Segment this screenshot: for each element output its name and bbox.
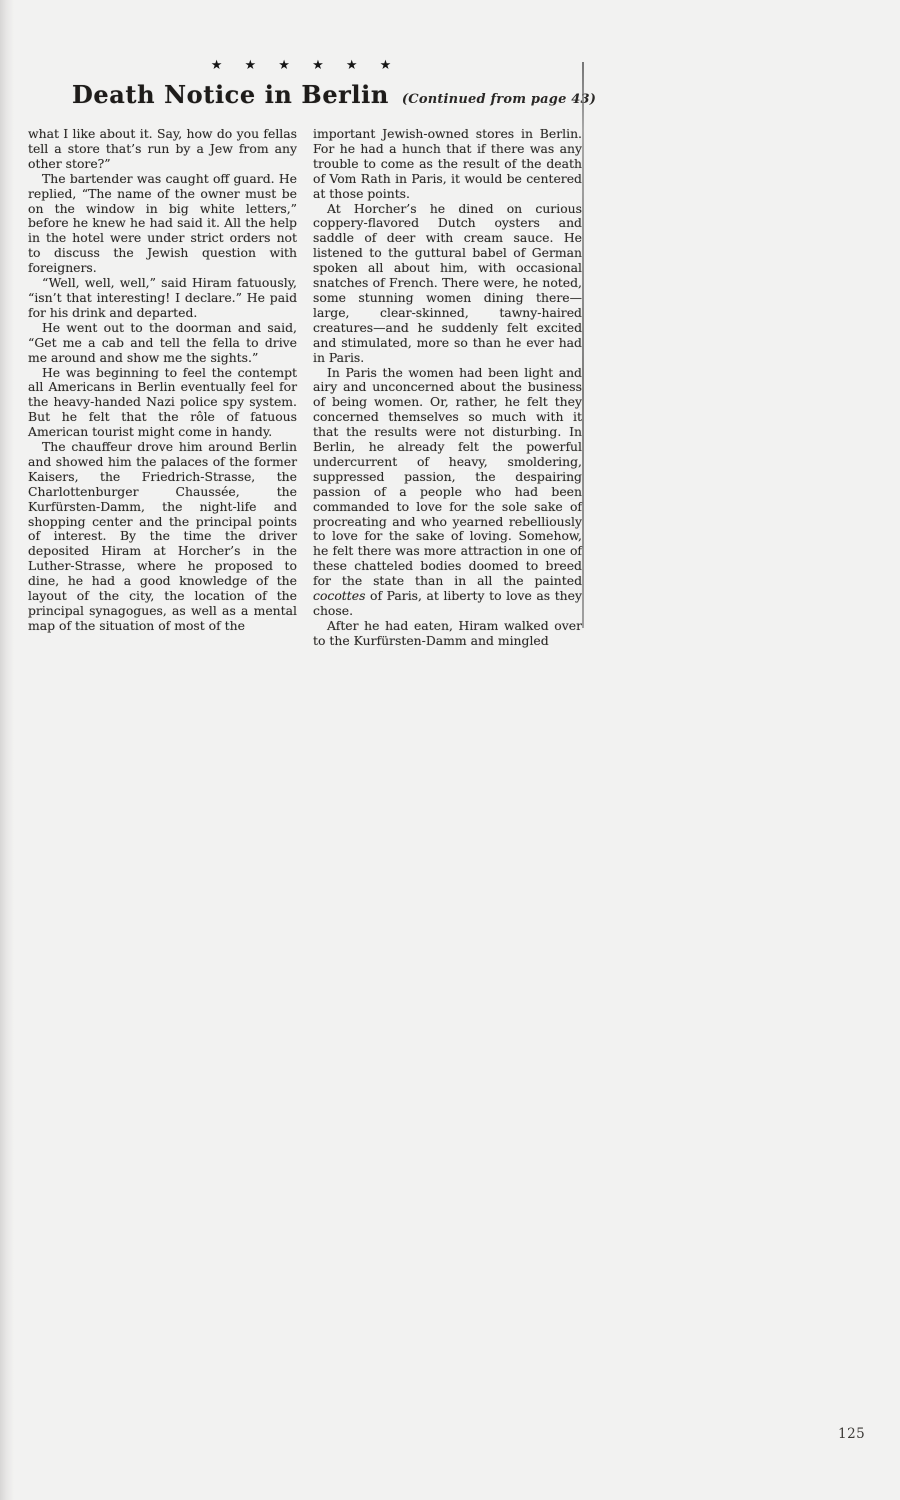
paragraph: He went out to the doorman and said, “Ge… <box>28 321 297 366</box>
paragraph: The chauffeur drove him around Berlin an… <box>28 440 297 634</box>
paragraph: He was beginning to feel the contempt al… <box>28 366 297 441</box>
article-columns: what I like about it. Say, how do you fe… <box>28 127 582 649</box>
title-row: Death Notice in Berlin (Continued from p… <box>20 80 582 109</box>
paragraph: After he had eaten, Hiram walked over to… <box>313 619 582 649</box>
page-number: 125 <box>838 1426 865 1442</box>
left-column: what I like about it. Say, how do you fe… <box>28 127 297 649</box>
magazine-page: ★ ★ ★ ★ ★ ★ Death Notice in Berlin (Cont… <box>0 0 900 1500</box>
paragraph: “Well, well, well,” said Hiram fatuously… <box>28 276 297 321</box>
scan-edge-shadow <box>0 0 14 1500</box>
paragraph: important Jewish-owned stores in Berlin.… <box>313 127 582 202</box>
paragraph: what I like about it. Say, how do you fe… <box>28 127 297 172</box>
italic-word: cocottes <box>313 588 365 603</box>
decorative-stars: ★ ★ ★ ★ ★ ★ <box>20 58 582 74</box>
paragraph: In Paris the women had been light and ai… <box>313 366 582 619</box>
continued-from-note: (Continued from page 43) <box>402 92 596 107</box>
page-title: Death Notice in Berlin <box>72 80 389 109</box>
right-column: important Jewish-owned stores in Berlin.… <box>313 127 582 649</box>
article-header: ★ ★ ★ ★ ★ ★ Death Notice in Berlin (Cont… <box>20 58 582 109</box>
paragraph: At Horcher’s he dined on curious coppery… <box>313 202 582 366</box>
paragraph-text: In Paris the women had been light and ai… <box>313 365 582 589</box>
paragraph: The bartender was caught off guard. He r… <box>28 172 297 276</box>
column-divider-rule <box>582 62 584 628</box>
